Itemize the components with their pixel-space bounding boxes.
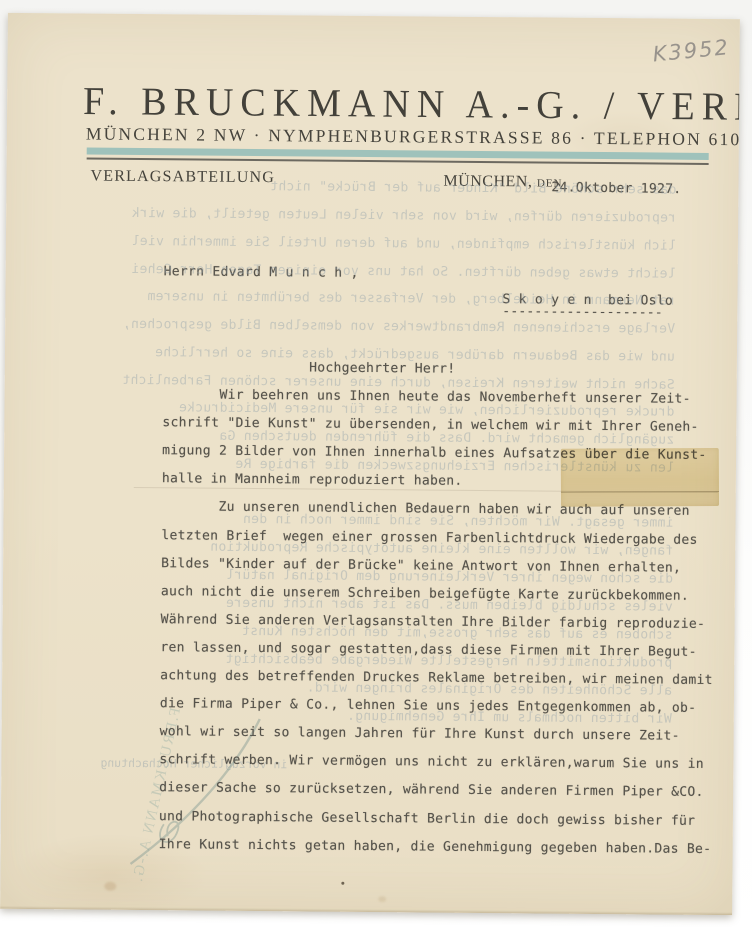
scanned-letter-page: das sehr schöne Bild "Kinder auf der Brü…: [0, 0, 752, 950]
stain-spot: [104, 882, 116, 891]
bleedthrough-line: leicht etwas geben dürften. So hat uns v…: [26, 261, 676, 282]
tape-crease-line: [561, 491, 719, 493]
body-line: Bildes "Kinder auf der Brücke" keine Ant…: [161, 550, 714, 583]
letter-body: Hochgeehrter Herr! Wir beehren uns Ihnen…: [159, 353, 716, 863]
bleedthrough-line: reproduzieren dürfen, wird von sehr viel…: [26, 205, 676, 226]
archival-code-annotation: K3952: [652, 35, 731, 66]
body-line: letzten Brief wegen einer grossen Farben…: [161, 522, 714, 555]
letterhead-address-line: MÜNCHEN 2 NW · NYMPHENBURGERSTRASSE 86 ·…: [86, 124, 726, 151]
ink-speck: [341, 882, 344, 885]
body-line: und Photographische Gesellschaft Berlin …: [159, 803, 712, 836]
letterhead-company-name: F. BRUCKMANN A.-G. / VERLAG: [83, 79, 723, 130]
letter-paper-sheet: das sehr schöne Bild "Kinder auf der Brü…: [0, 13, 740, 915]
stain-spot: [378, 896, 386, 902]
repair-tape-patch: [561, 448, 719, 507]
bleedthrough-line: lich künstlerisch empfinden, und auf der…: [26, 233, 676, 254]
body-line: Ihre Kunst nichts getan haben, die Geneh…: [159, 831, 712, 864]
body-line: dieser Sache so zurücksetzen, während Si…: [159, 775, 712, 808]
bleedthrough-line: rat Neumann in Heidelberg, der Verfasser…: [25, 288, 675, 309]
bleedthrough-layer: das sehr schöne Bild "Kinder auf der Brü…: [8, 13, 740, 19]
